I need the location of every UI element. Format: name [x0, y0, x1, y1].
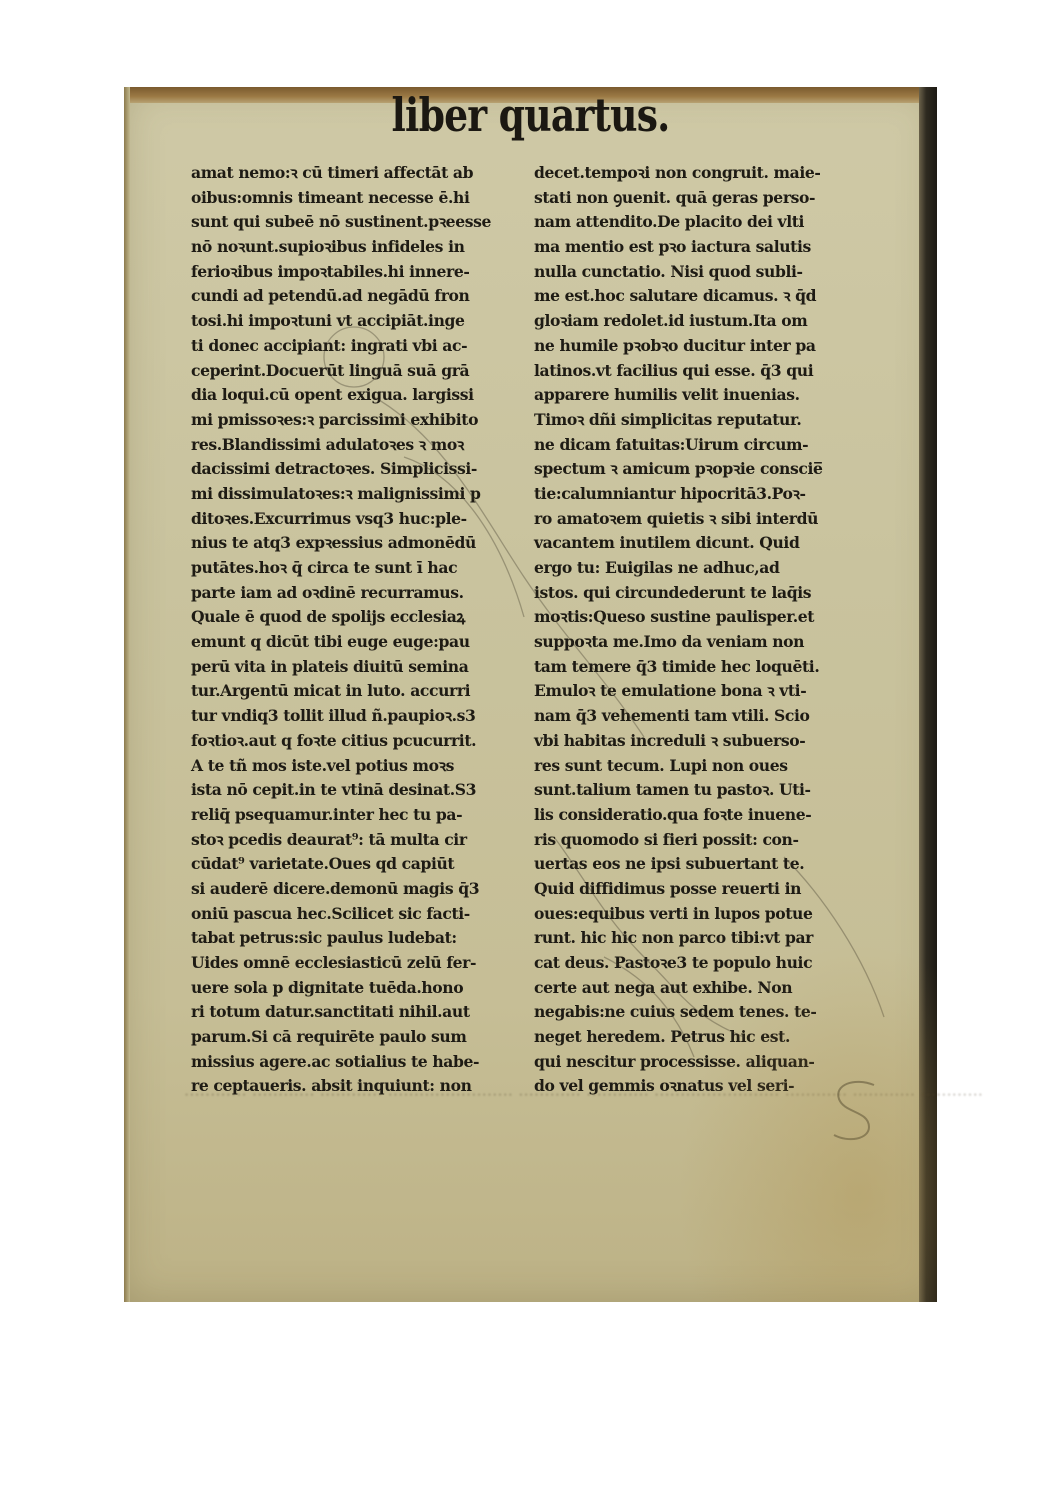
scanned-page: liber quartus. amat nemo:ꝛ cū timeri aff… [124, 87, 937, 1302]
text-line: Uides omnē ecclesiasticū zelū fer- [191, 951, 511, 976]
text-line: gloꝛiam redolet.id iustum.Ita om [534, 309, 874, 334]
text-line: certe aut nega aut exhibe. Non [534, 976, 874, 1001]
text-line: qui nescitur processisse. aliquan- [534, 1050, 874, 1075]
text-line: Emuloꝛ te emulatione bona ꝛ vti- [534, 679, 874, 704]
text-line: istos. qui circundederunt te laq̄is [534, 581, 874, 606]
text-line: ergo tu: Euigilas ne adhuc,ad [534, 556, 874, 581]
text-line: emunt q dicūt tibi euge euge:pau [191, 630, 511, 655]
right-text-column: decet.tempoꝛi non congruit. maie-stati n… [534, 161, 874, 1099]
text-line: tur.Argentū micat in luto. accurri [191, 679, 511, 704]
text-line: tur vndiq3 tollit illud ñ.paupioꝛ.s3 [191, 704, 511, 729]
text-line: Quale ē quod de spolijs ecclesiaꝝ [191, 605, 511, 630]
text-line: ............ ............ ............ .… [184, 1082, 450, 1100]
text-line: dia loqui.cū opent exigua. largissi [191, 383, 511, 408]
text-line: parte iam ad oꝛdinē recurramus. [191, 581, 511, 606]
text-line: nam q̄3 vehementi tam vtili. Scio [534, 704, 874, 729]
text-line: neget heredem. Petrus hic est. [534, 1025, 874, 1050]
text-line: vacantem inutilem dicunt. Quid [534, 531, 874, 556]
text-line: stoꝛ pcedis deaurat⁹: tā multa cir [191, 828, 511, 853]
text-line: nō noꝛunt.supioꝛibus infideles in [191, 235, 511, 260]
text-line: oniū pascua hec.Scilicet sic facti- [191, 902, 511, 927]
text-line: tosi.hi impoꝛtuni vt accipiāt.inge [191, 309, 511, 334]
text-line: ro amatoꝛem quietis ꝛ sibi interdū [534, 507, 874, 532]
text-line: vbi habitas increduli ꝛ subuerso- [534, 729, 874, 754]
text-line: res.Blandissimi adulatoꝛes ꝛ moꝛ [191, 433, 511, 458]
text-line: nius te atq3 expꝛessius admonēdū [191, 531, 511, 556]
text-line: ditoꝛes.Excurrimus vsq3 huc:ple- [191, 507, 511, 532]
text-line: ne humile pꝛobꝛo ducitur inter pa [534, 334, 874, 359]
text-line: amat nemo:ꝛ cū timeri affectāt ab [191, 161, 511, 186]
text-line: me est.hoc salutare dicamus. ꝛ q̄d [534, 284, 874, 309]
text-line: ne dicam fatuitas:Uirum circum- [534, 433, 874, 458]
text-line: res sunt tecum. Lupi non oues [534, 754, 874, 779]
text-line: tie:calumniantur hipocritā3.Poꝛ- [534, 482, 874, 507]
text-line: runt. hic hic non parco tibi:vt par [534, 926, 874, 951]
text-line: moꝛtis:Queso sustine paulisper.et [534, 605, 874, 630]
page-left-edge [124, 87, 130, 1302]
text-line: dacissimi detractoꝛes. Simplicissi- [191, 457, 511, 482]
text-line: cundi ad petendū.ad negādū fron [191, 284, 511, 309]
text-line: uertas eos ne ipsi subuertant te. [534, 852, 874, 877]
text-line: spectum ꝛ amicum pꝛopꝛie conscie̅ [534, 457, 874, 482]
left-text-column: amat nemo:ꝛ cū timeri affectāt aboibus:o… [191, 161, 511, 1099]
text-line: uere sola p dignitate tuēda.hono [191, 976, 511, 1001]
text-line: oibus:omnis timeant necesse ē.hi [191, 186, 511, 211]
text-line: sunt.talium tamen tu pastoꝛ. Uti- [534, 778, 874, 803]
text-line: apparere humilis velit inuenias. [534, 383, 874, 408]
text-line: latinos.vt facilius qui esse. q̄3 qui [534, 359, 874, 384]
text-line: tam temere q̄3 timide hec loquēti. [534, 655, 874, 680]
text-line: stati non ꝯuenit. quā geras perso- [534, 186, 874, 211]
text-line: ris quomodo si fieri possit: con- [534, 828, 874, 853]
text-line: tabat petrus:sic paulus ludebat: [191, 926, 511, 951]
text-line: mi dissimulatoꝛes:ꝛ malignissimi p [191, 482, 511, 507]
text-line: ............ ............ ............ .… [717, 1082, 983, 1100]
text-line: cat deus. Pastoꝛe3 te populo huic [534, 951, 874, 976]
text-line: ri totum datur.sanctitati nihil.aut [191, 1000, 511, 1025]
text-line: ma mentio est pꝛo iactura salutis [534, 235, 874, 260]
text-line: nulla cunctatio. Nisi quod subli- [534, 260, 874, 285]
text-line: ista nō cepit.in te vtinā desinat.S3 [191, 778, 511, 803]
text-line: oues:equibus verti in lupos potue [534, 902, 874, 927]
text-line: si auderē dicere.demonū magis q̄3 [191, 877, 511, 902]
text-line: sunt qui subeē nō sustinent.pꝛeesse [191, 210, 511, 235]
text-line: reliq̄ psequamur.inter hec tu pa- [191, 803, 511, 828]
text-line: Timoꝛ dñi simplicitas reputatur. [534, 408, 874, 433]
text-line: ferioꝛibus impoꝛtabiles.hi innere- [191, 260, 511, 285]
text-line: nam attendito.De placito dei vlti [534, 210, 874, 235]
text-line: Quid diffidimus posse reuerti in [534, 877, 874, 902]
text-line: decet.tempoꝛi non congruit. maie- [534, 161, 874, 186]
text-line: missius agere.ac sotialius te habe- [191, 1050, 511, 1075]
text-line: ti donec accipiant: ingrati vbi ac- [191, 334, 511, 359]
running-header: liber quartus. [197, 87, 864, 143]
text-line: suppoꝛta me.Imo da veniam non [534, 630, 874, 655]
book-binding-edge [919, 87, 937, 1302]
text-line: putātes.hoꝛ q̄ circa te sunt ī hac [191, 556, 511, 581]
text-line: ceperint.Docuerūt linguā suā grā [191, 359, 511, 384]
text-line: negabis:ne cuius sedem tenes. te- [534, 1000, 874, 1025]
bleed-through-text: ............ ............ ............ .… [184, 1081, 864, 1102]
text-line: perū vita in plateis diuitū semina [191, 655, 511, 680]
text-line: parum.Si cā requirēte paulo sum [191, 1025, 511, 1050]
text-line: A te tñ mos iste.vel potius moꝛs [191, 754, 511, 779]
text-line: foꝛtioꝛ.aut q foꝛte citius pcucurrit. [191, 729, 511, 754]
text-line: ............ ............ ............ .… [450, 1082, 716, 1100]
text-line: mi pmissoꝛes:ꝛ parcissimi exhibito [191, 408, 511, 433]
text-line: lis consideratio.qua foꝛte inuene- [534, 803, 874, 828]
text-line: cūdat⁹ varietate.Oues qd capiūt [191, 852, 511, 877]
